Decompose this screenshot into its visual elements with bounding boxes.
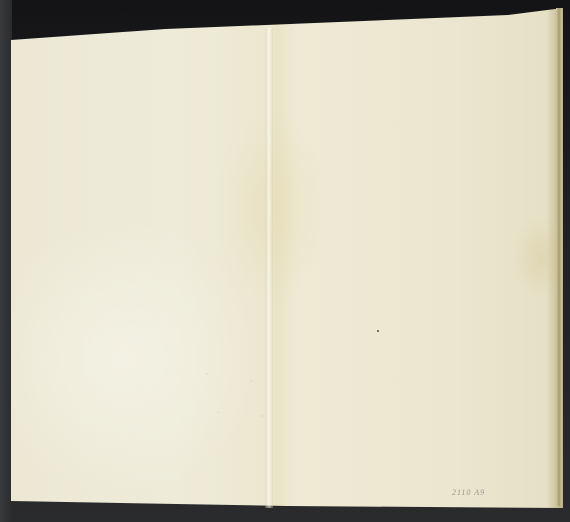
stained-right-edge <box>556 8 562 506</box>
pencil-annotation: 2110 A9 <box>452 488 485 497</box>
ink-speck <box>377 330 379 332</box>
faint-offset-marks <box>185 360 295 430</box>
center-fold-line <box>265 28 273 508</box>
left-backdrop-strip <box>0 0 12 522</box>
paper-sheet <box>11 8 563 508</box>
